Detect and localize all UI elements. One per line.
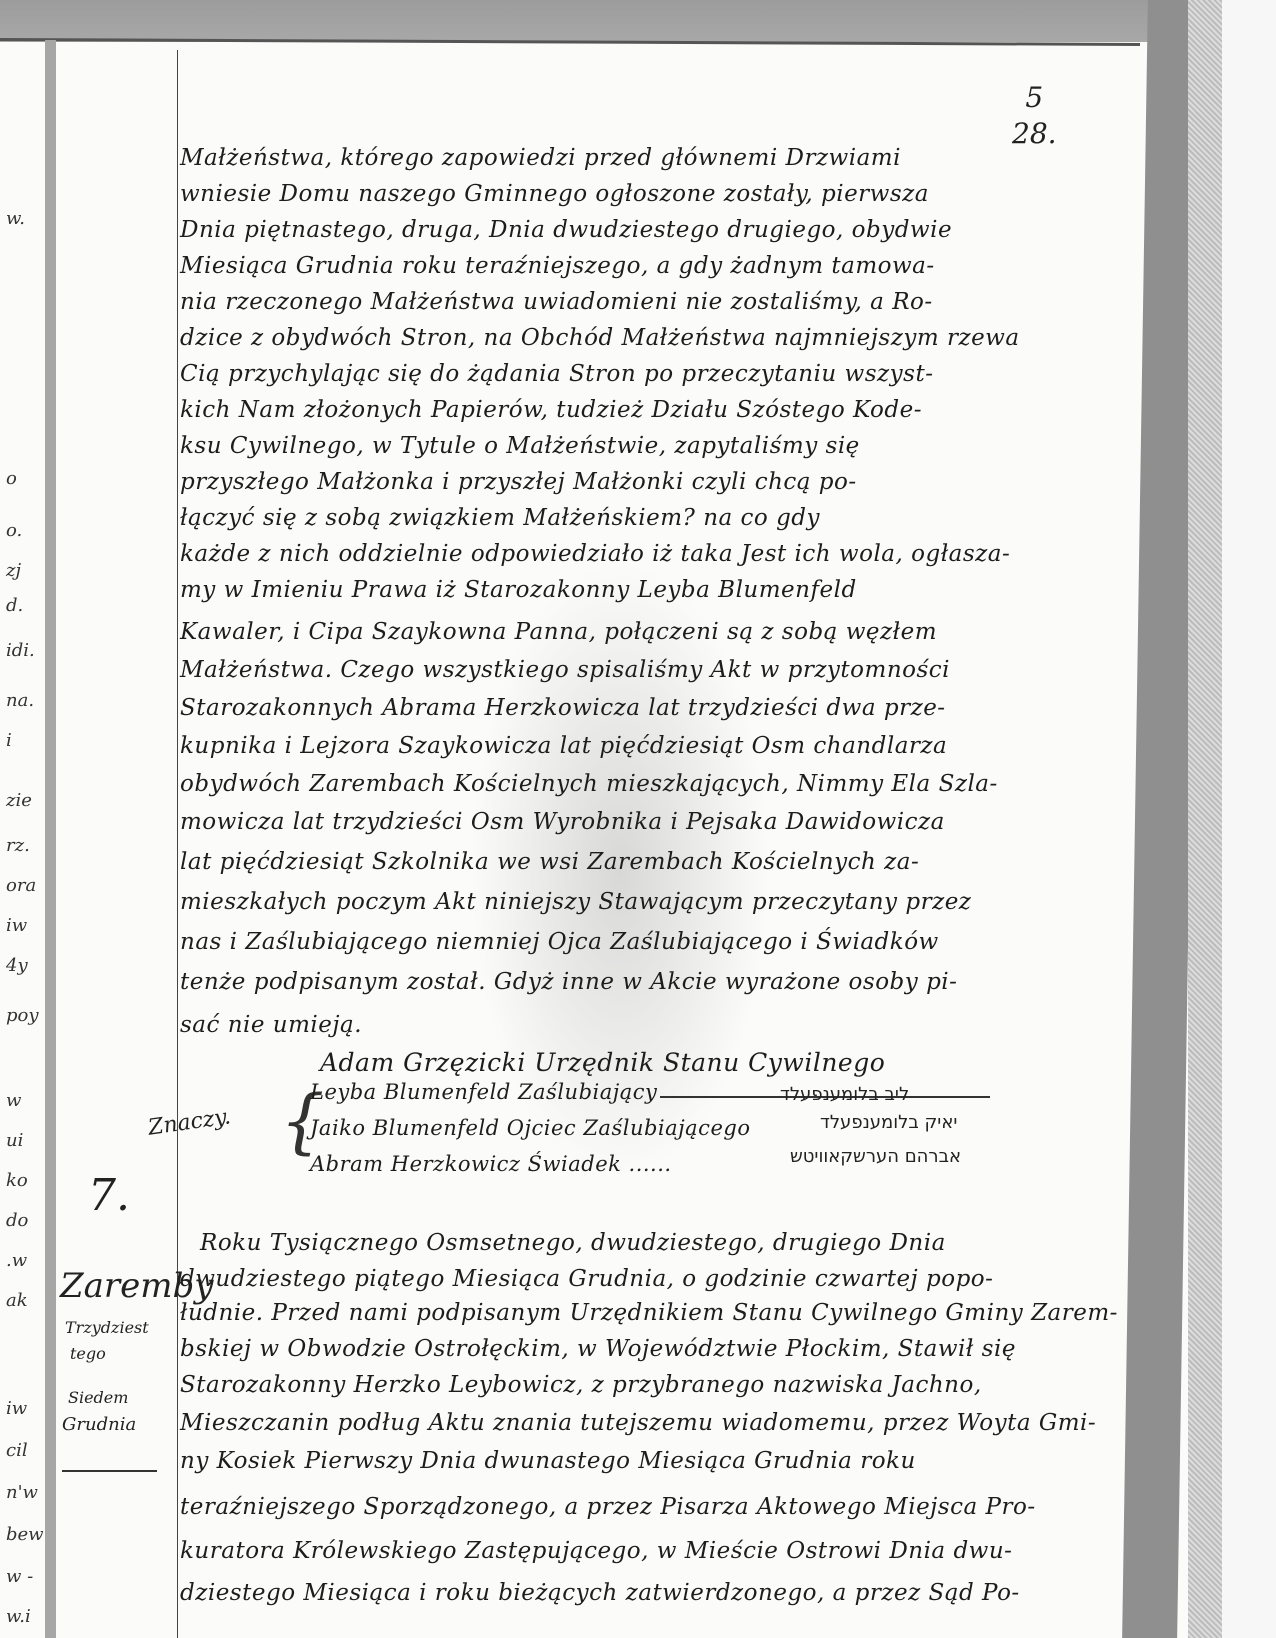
body-line: kupnika i Lejzora Szaykowicza lat pięćdz… [180, 733, 947, 759]
folio-primary: 5 [1012, 80, 1057, 116]
hebrew-signature: אברהם הערשקאוויטש [790, 1146, 961, 1167]
body-line: obydwóch Zarembach Kościelnych mieszkają… [180, 771, 998, 797]
binding-strip [45, 40, 56, 1638]
next-record-line: kuratora Królewskiego Zastępującego, w M… [180, 1538, 1012, 1564]
margin-fragment: na. [6, 690, 34, 711]
body-line: tenże podpisanym został. Gdyż inne w Akc… [180, 969, 957, 995]
signature-line: Abram Herzkowicz Świadek ...... [310, 1152, 672, 1176]
margin-note: Siedem [68, 1388, 128, 1407]
margin-fragment: ko [6, 1170, 28, 1191]
signature-line: Jaiko Blumenfeld Ojciec Zaślubiającego [310, 1116, 750, 1140]
margin-fragment: ui [6, 1130, 23, 1151]
margin-fragment: .w [6, 1250, 27, 1271]
hebrew-signature: ליב בלומענפעלד [780, 1084, 909, 1105]
margin-fragment: do [6, 1210, 28, 1231]
next-record-line: ny Kosiek Pierwszy Dnia dwunastego Miesi… [180, 1448, 916, 1474]
margin-fragment: o. [6, 520, 22, 541]
margin-fragment: zj [6, 560, 21, 581]
body-line: Małżeństwa. Czego wszystkiego spisaliśmy… [180, 657, 950, 683]
margin-fragment: w.i [6, 1606, 31, 1627]
next-record-line: Roku Tysiącznego Osmsetnego, dwudziesteg… [200, 1230, 946, 1256]
scan-outer-margin [1222, 0, 1276, 1638]
body-line: dzice z obydwóch Stron, na Obchód Małżeń… [180, 325, 1020, 351]
record-number: 7. [88, 1170, 130, 1221]
body-line: przyszłego Małżonka i przyszłej Małżonki… [180, 469, 857, 495]
hebrew-signature: יאיק בלומענפעלד [820, 1112, 957, 1133]
margin-fragment: d. [6, 595, 23, 616]
margin-fragment: iw [6, 915, 27, 936]
body-line: Małżeństwa, którego zapowiedzi przed głó… [180, 145, 901, 171]
margin-fragment: bew [6, 1524, 44, 1545]
margin-fragment: w. [6, 208, 25, 229]
margin-fragment: zie [6, 790, 32, 811]
signature-line: Leyba Blumenfeld Zaślubiający [310, 1080, 657, 1104]
folio-secondary: 28. [1012, 116, 1057, 152]
body-line: nia rzeczonego Małżeństwa uwiadomieni ni… [180, 289, 933, 315]
next-record-line: łudnie. Przed nami podpisanym Urzędnikie… [180, 1300, 1118, 1326]
body-line: mowicza lat trzydzieści Osm Wyrobnika i … [180, 809, 945, 835]
body-line: Cią przychylając się do żądania Stron po… [180, 361, 933, 387]
body-line: mieszkałych poczym Akt niniejszy Stawają… [180, 889, 971, 915]
margin-fragment: w [6, 1090, 21, 1111]
margin-note-underline [62, 1470, 157, 1472]
margin-fragment: idi. [6, 640, 35, 661]
body-line: kich Nam złożonych Papierów, tudzież Dzi… [180, 397, 922, 423]
body-line: wniesie Domu naszego Gminnego ogłoszone … [180, 181, 929, 207]
margin-fragment: ora [6, 875, 36, 896]
scan-right-texture [1188, 0, 1222, 1638]
folio-number: 5 28. [1012, 80, 1057, 152]
margin-fragment: iw [6, 1398, 27, 1419]
body-line: lat pięćdziesiąt Szkolnika we wsi Zaremb… [180, 849, 919, 875]
next-record-line: dziestego Miesiąca i roku bieżących zatw… [180, 1580, 1020, 1606]
body-line: nas i Zaślubiającego niemniej Ojca Zaślu… [180, 929, 939, 955]
body-line: Starozakonnych Abrama Herzkowicza lat tr… [180, 695, 946, 721]
official-signature: Adam Grzęzicki Urzędnik Stanu Cywilnego [320, 1048, 885, 1077]
margin-fragment: o [6, 468, 17, 489]
margin-fragment: 4y [6, 955, 28, 976]
ruled-margin-line [177, 50, 178, 1638]
body-line: Kawaler, i Cipa Szaykowna Panna, połącze… [180, 619, 937, 645]
scan-top-border [0, 0, 1225, 42]
margin-fragment: n'w [6, 1482, 38, 1503]
margin-fragment: i [6, 730, 12, 751]
margin-fragment: rz. [6, 835, 30, 856]
next-record-line: teraźniejszego Sporządzonego, a przez Pi… [180, 1494, 1036, 1520]
margin-fragment: poy [6, 1005, 39, 1026]
body-line: sać nie umieją. [180, 1012, 362, 1038]
body-line: my w Imieniu Prawa iż Starozakonny Leyba… [180, 577, 857, 603]
margin-note: tego [70, 1344, 106, 1363]
next-record-line: Mieszczanin podług Aktu znania tutejszem… [180, 1410, 1096, 1436]
next-record-line: dwudziestego piątego Miesiąca Grudnia, o… [180, 1266, 993, 1292]
next-record-line: Starozakonny Herzko Leybowicz, z przybra… [180, 1372, 982, 1398]
body-line: Dnia piętnastego, druga, Dnia dwudzieste… [180, 217, 952, 243]
body-line: każde z nich oddzielnie odpowiedziało iż… [180, 541, 1010, 567]
margin-fragment: w - [6, 1566, 33, 1587]
margin-note: Grudnia [62, 1414, 136, 1435]
body-line: łączyć się z sobą związkiem Małżeńskiem?… [180, 505, 820, 531]
margin-fragment: ak [6, 1290, 28, 1311]
margin-note: Trzydziest [65, 1318, 149, 1337]
body-line: Miesiąca Grudnia roku teraźniejszego, a … [180, 253, 935, 279]
margin-fragment: cil [6, 1440, 28, 1461]
next-record-line: bskiej w Obwodzie Ostrołęckim, w Wojewód… [180, 1336, 1016, 1362]
body-line: ksu Cywilnego, w Tytule o Małżeństwie, z… [180, 433, 860, 459]
